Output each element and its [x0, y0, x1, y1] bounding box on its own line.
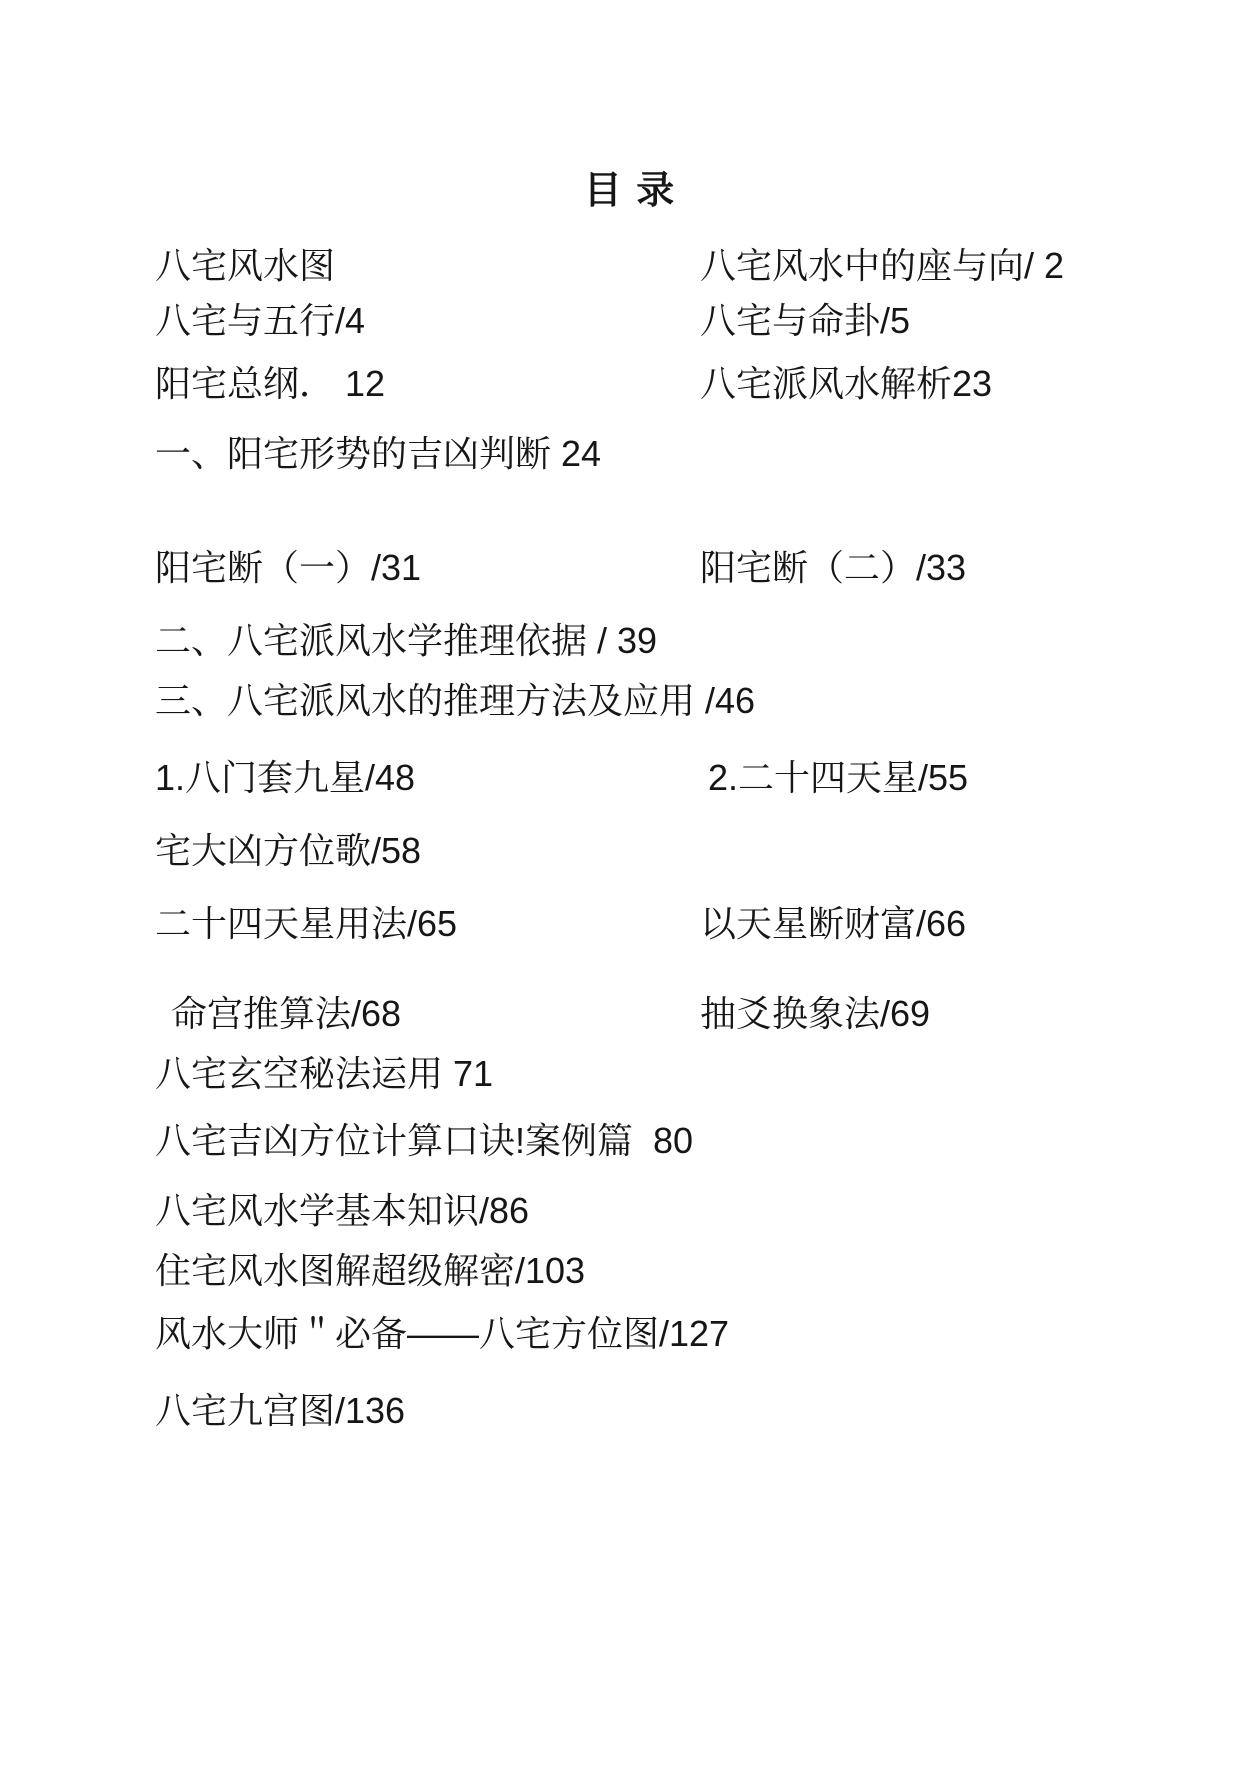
toc-row: 住宅风水图解超级解密/103	[155, 1250, 1185, 1292]
toc-list: 八宅风水图 八宅风水中的座与向/ 2 八宅与五行/4 八宅与命卦/5 阳宅总纲．…	[155, 245, 1185, 1432]
toc-entry: 命宫推算法/68	[155, 993, 700, 1035]
toc-row: 阳宅总纲． 12 八宅派风水解析23	[155, 363, 1185, 405]
toc-row: 一、阳宅形势的吉凶判断 24	[155, 433, 1185, 475]
toc-entry: 阳宅断（一）/31	[155, 547, 700, 589]
toc-row: 八宅风水图 八宅风水中的座与向/ 2	[155, 245, 1185, 287]
toc-page: 目 录 八宅风水图 八宅风水中的座与向/ 2 八宅与五行/4 八宅与命卦/5 阳…	[0, 0, 1258, 1785]
toc-entry: 1.八门套九星/48	[155, 757, 700, 799]
toc-row: 风水大师＂必备——八宅方位图/127	[155, 1313, 1185, 1355]
toc-row: 三、八宅派风水的推理方法及应用 /46	[155, 680, 1185, 722]
toc-entry: 二十四天星用法/65	[155, 903, 700, 945]
toc-entry: 八宅吉凶方位计算口诀!案例篇 80	[155, 1120, 1185, 1162]
toc-entry: 八宅风水中的座与向/ 2	[700, 245, 1185, 287]
toc-row: 阳宅断（一）/31 阳宅断（二）/33	[155, 547, 1185, 589]
toc-entry: 八宅派风水解析23	[700, 363, 1185, 405]
toc-entry: 抽爻换象法/69	[700, 993, 1185, 1035]
toc-entry: 一、阳宅形势的吉凶判断 24	[155, 433, 1185, 475]
toc-row: 命宫推算法/68 抽爻换象法/69	[155, 993, 1185, 1035]
toc-entry: 住宅风水图解超级解密/103	[155, 1250, 1185, 1292]
toc-entry: 八宅与命卦/5	[700, 300, 1185, 342]
toc-row: 二、八宅派风水学推理依据 / 39	[155, 620, 1185, 662]
toc-entry: 八宅风水图	[155, 245, 700, 287]
toc-row: 八宅九宫图/136	[155, 1390, 1185, 1432]
toc-entry: 二、八宅派风水学推理依据 / 39	[155, 620, 1185, 662]
toc-row: 八宅吉凶方位计算口诀!案例篇 80	[155, 1120, 1185, 1162]
toc-row: 八宅风水学基本知识/86	[155, 1190, 1185, 1232]
toc-row: 八宅与五行/4 八宅与命卦/5	[155, 300, 1185, 342]
toc-entry: 八宅风水学基本知识/86	[155, 1190, 1185, 1232]
toc-entry: 三、八宅派风水的推理方法及应用 /46	[155, 680, 1185, 722]
toc-entry: 八宅九宫图/136	[155, 1390, 1185, 1432]
page-title: 目 录	[155, 170, 1105, 212]
toc-row: 八宅玄空秘法运用 71	[155, 1053, 1185, 1095]
toc-entry: 宅大凶方位歌/58	[155, 830, 1185, 872]
toc-entry: 八宅与五行/4	[155, 300, 700, 342]
toc-row: 二十四天星用法/65 以天星断财富/66	[155, 903, 1185, 945]
toc-row: 宅大凶方位歌/58	[155, 830, 1185, 872]
toc-entry: 风水大师＂必备——八宅方位图/127	[155, 1313, 1185, 1355]
toc-entry: 以天星断财富/66	[700, 903, 1185, 945]
toc-entry: 阳宅断（二）/33	[700, 547, 1185, 589]
toc-entry: 2.二十四天星/55	[700, 757, 1185, 799]
toc-row: 1.八门套九星/48 2.二十四天星/55	[155, 757, 1185, 799]
toc-entry: 八宅玄空秘法运用 71	[155, 1053, 1185, 1095]
toc-entry: 阳宅总纲． 12	[155, 363, 700, 405]
